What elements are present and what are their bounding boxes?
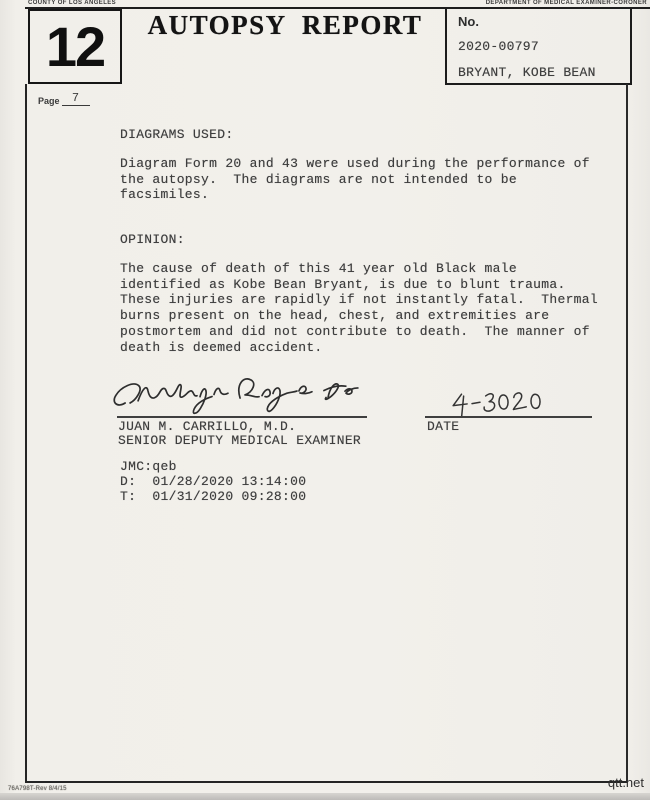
diagrams-heading: DIAGRAMS USED: [120,127,233,142]
form-number: 76A798T-Rev 8/4/15 [8,786,67,792]
page-stamp-number: 12 [46,19,104,75]
department-label: DEPARTMENT OF MEDICAL EXAMINER-CORONER [486,0,647,6]
document-title: AUTOPSY REPORT [125,10,445,41]
date-line [425,416,592,418]
watermark: qtt.net [608,775,644,790]
autopsy-report-page: COUNTY OF LOS ANGELES DEPARTMENT OF MEDI… [0,0,650,800]
case-number: 2020-00797 [458,39,539,54]
transcribed-line: T: 01/31/2020 09:28:00 [120,489,306,504]
case-no-label: No. [458,14,479,29]
county-label: COUNTY OF LOS ANGELES [28,0,116,6]
case-number-box: No. 2020-00797 BRYANT, KOBE BEAN [445,9,632,85]
clerk-initials: JMC:qeb [120,459,177,474]
opinion-heading: OPINION: [120,232,185,247]
dictated-line: D: 01/28/2020 13:14:00 [120,474,306,489]
examiner-title: SENIOR DEPUTY MEDICAL EXAMINER [118,433,361,448]
examiner-name: JUAN M. CARRILLO, M.D. [118,419,296,434]
opinion-paragraph: The cause of death of this 41 year old B… [120,261,610,355]
page-stamp-box: 12 [28,9,122,84]
handwritten-signature [110,370,373,421]
date-label: DATE [427,419,459,434]
signature-line [117,416,367,418]
scan-edge-strip [0,793,650,800]
decedent-name: BRYANT, KOBE BEAN [458,65,596,80]
diagrams-paragraph: Diagram Form 20 and 43 were used during … [120,156,600,203]
